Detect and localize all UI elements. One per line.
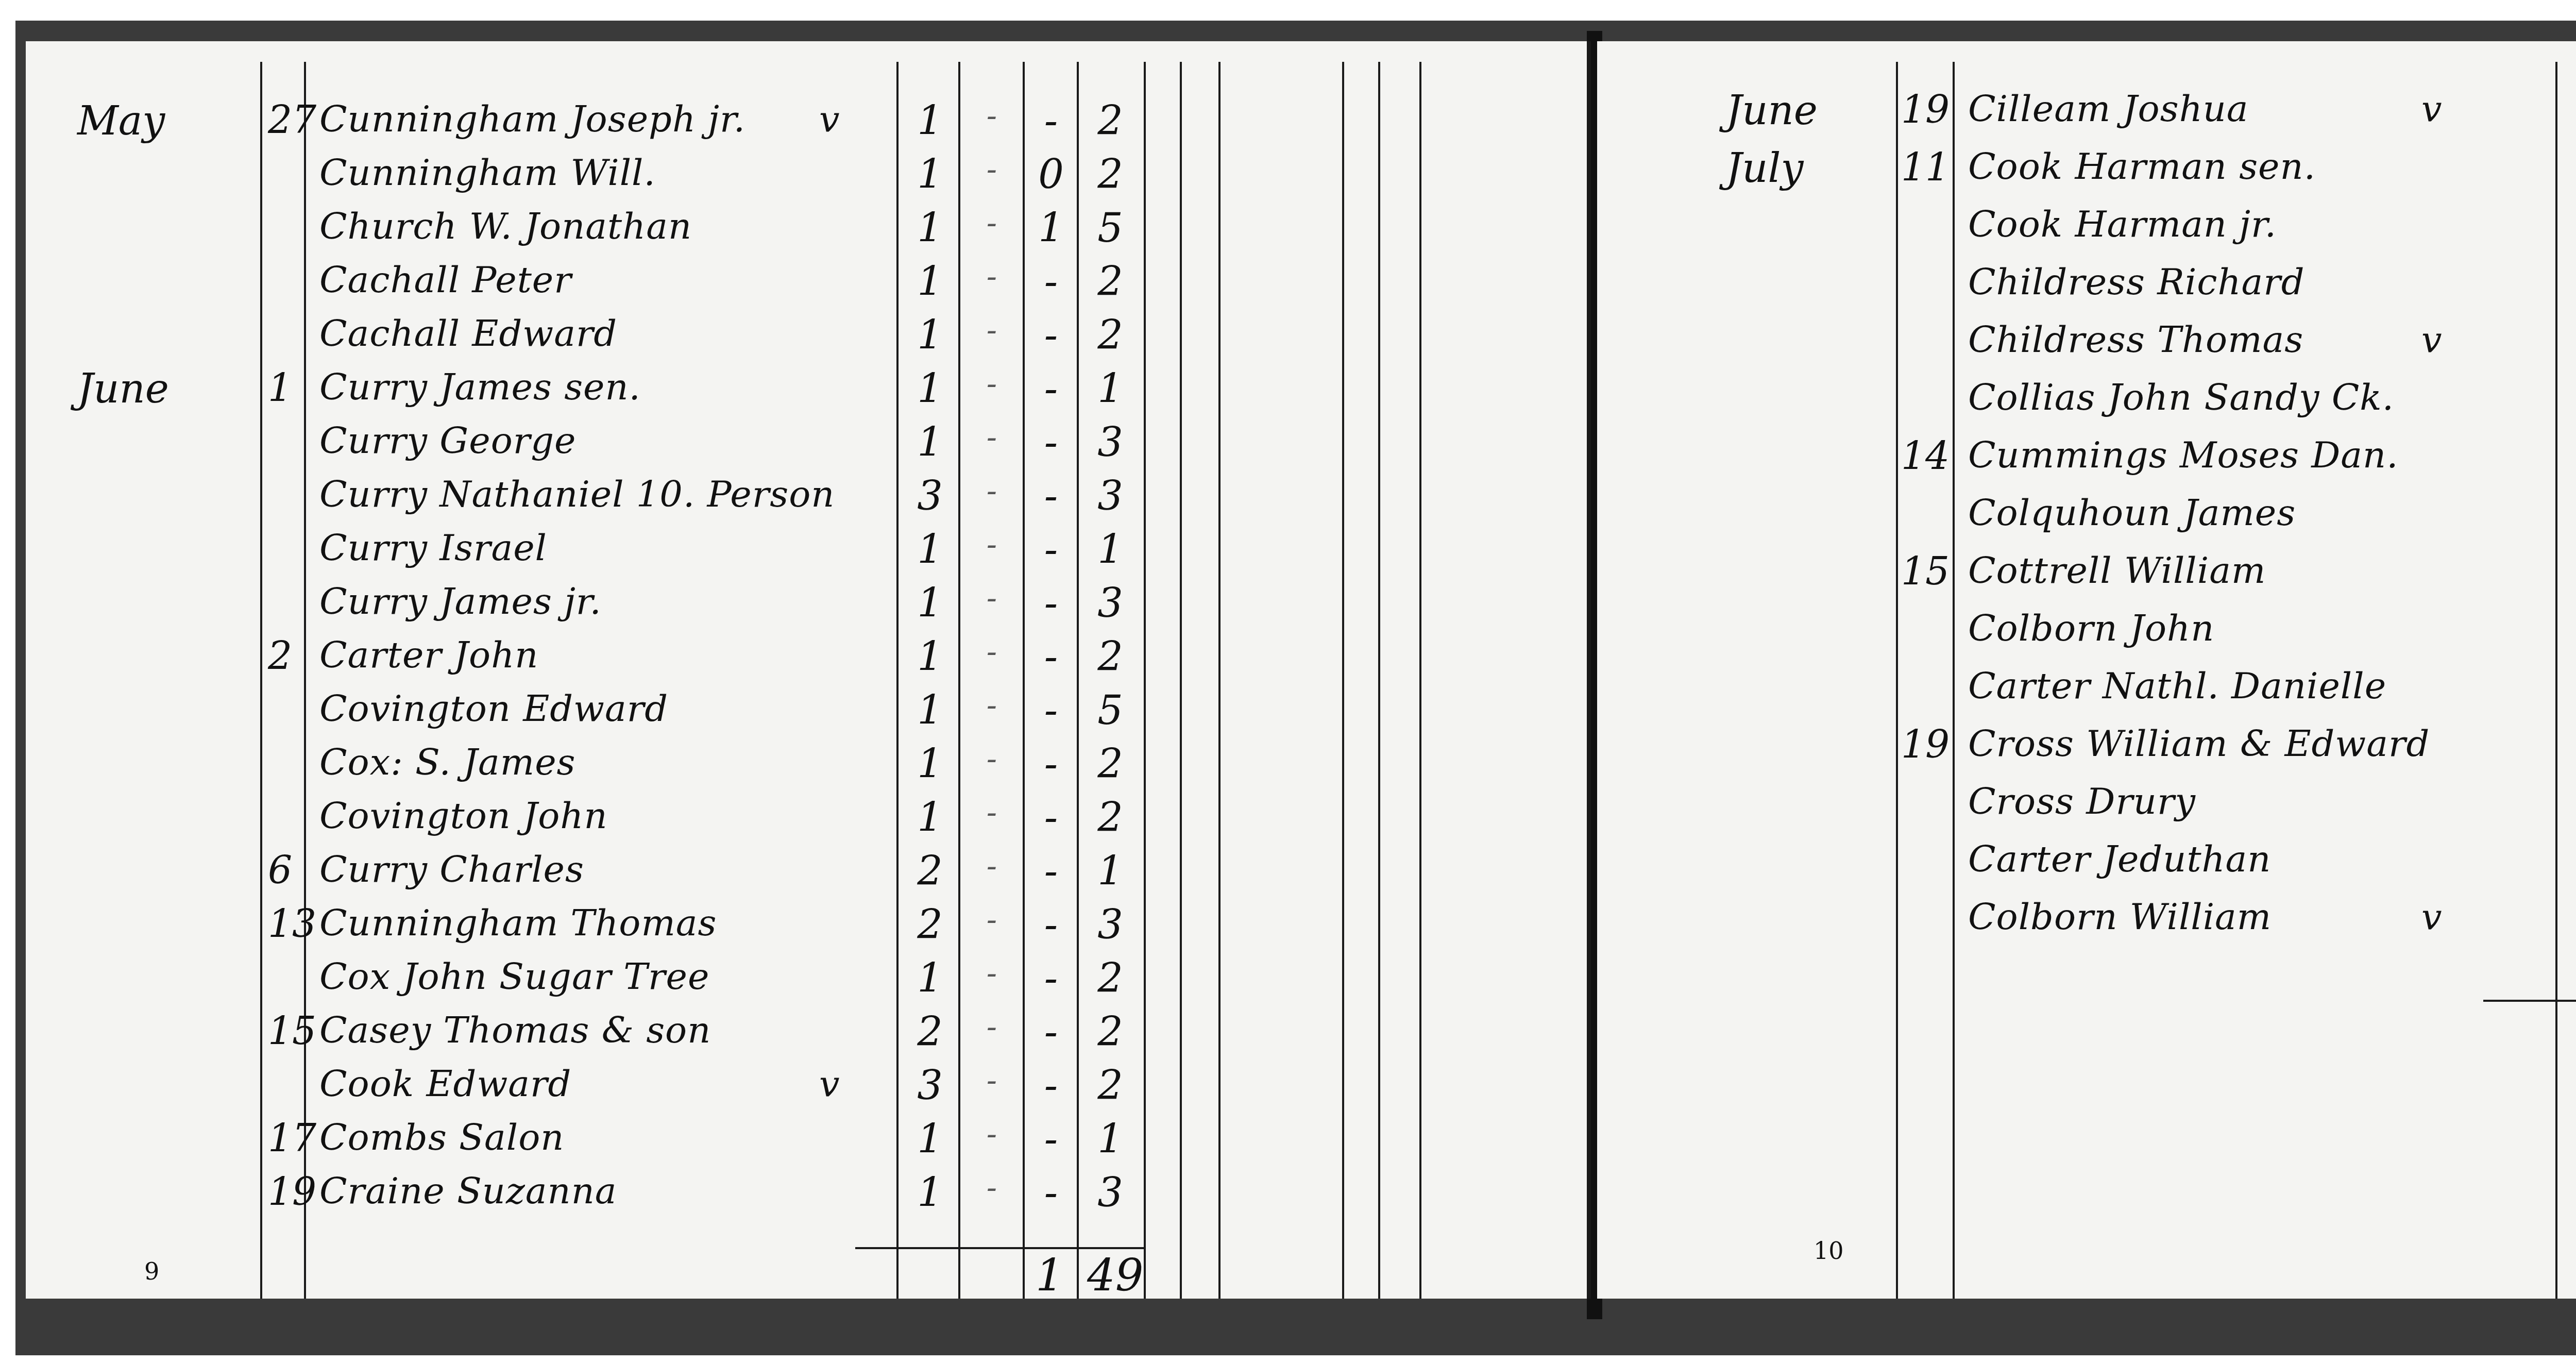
column-4-value: 2: [1087, 795, 1133, 841]
column-4-value: 2: [1087, 312, 1133, 359]
day-number: 19: [268, 1170, 316, 1214]
column-1-value: 1: [907, 634, 953, 680]
ledger-row: 6Curry Charles2--1: [26, 848, 1587, 900]
column-1-value: 2: [2566, 376, 2576, 423]
taxpayer-name: Collias John Sandy Ck.: [1968, 376, 2394, 418]
column-3-value: -: [1028, 580, 1074, 627]
column-4-value: 1: [1087, 1116, 1133, 1163]
taxpayer-name: Covington John: [319, 795, 608, 837]
ledger-row: 15Cottrell William3--11 2 0 12: [1597, 549, 2576, 601]
column-1-value: 2: [907, 1009, 953, 1055]
column-3-value: -: [1028, 366, 1074, 412]
taxpayer-name: Cilleam Joshua: [1968, 88, 2249, 130]
taxpayer-name: Cox John Sugar Tree: [319, 955, 709, 998]
column-3-value: -: [1028, 741, 1074, 787]
column-1-value: 2: [2566, 838, 2576, 884]
column-2-value: -: [969, 473, 1015, 509]
column-2-value: -: [969, 205, 1015, 241]
taxpayer-name: Cross William & Edward: [1968, 722, 2430, 765]
total-rule: [2483, 1000, 2576, 1002]
month-label: May: [77, 98, 165, 144]
column-2-value: -: [969, 955, 1015, 991]
column-1-value: 2: [2566, 722, 2576, 769]
column-2-value: -: [969, 98, 1015, 134]
ledger-row: Covington Edward1--5: [26, 687, 1587, 739]
taxpayer-name: Curry George: [319, 419, 577, 462]
column-2-value: -: [969, 259, 1015, 295]
ledger-row: Colborn Williamv1--1: [1597, 896, 2576, 947]
taxpayer-name: Cottrell William: [1968, 549, 2266, 592]
column-3-value: -: [1028, 795, 1074, 841]
taxpayer-name: Cachall Edward: [319, 312, 617, 355]
column-4-value: 2: [1087, 955, 1133, 1002]
taxpayer-name: Curry James jr.: [319, 580, 602, 623]
column-3-value: -: [1028, 955, 1074, 1002]
column-4-value: 3: [1087, 902, 1133, 948]
taxpayer-name: Carter Nathl. Danielle: [1968, 665, 2386, 707]
taxpayer-name: Curry Charles: [319, 848, 584, 890]
column-2-value: -: [969, 1063, 1015, 1099]
taxpayer-name: Combs Salon: [319, 1116, 564, 1158]
taxpayer-name: Childress Richard: [1968, 261, 2305, 303]
ledger-row: May27Cunningham Joseph jr.v1--2: [26, 98, 1587, 149]
taxpayer-name: Colborn John: [1968, 607, 2214, 649]
ledger-row: 17Combs Salon1--1: [26, 1116, 1587, 1168]
total-c4: 49: [1087, 1250, 1143, 1301]
column-2-value: -: [969, 795, 1015, 831]
check-mark: v: [2421, 88, 2443, 130]
ledger-row: Cross Drury1--1: [1597, 780, 2576, 832]
day-number: 1: [268, 366, 292, 410]
day-number: 14: [1901, 434, 1950, 478]
ledger-row: 19Craine Suzanna1--3: [26, 1170, 1587, 1221]
column-3-value: -: [1028, 634, 1074, 680]
taxpayer-name: Cook Edward: [319, 1063, 571, 1105]
column-1-value: 1: [907, 152, 953, 198]
column-1-value: 1: [2566, 434, 2576, 480]
check-mark: v: [819, 98, 840, 140]
taxpayer-name: Cunningham Will.: [319, 152, 656, 194]
ledger-row: 14Cummings Moses Dan.1---: [1597, 434, 2576, 485]
ledger-row: Childress Richard2--: [1597, 261, 2576, 312]
taxpayer-name: Cook Harman sen.: [1968, 145, 2316, 188]
column-4-value: 3: [1087, 473, 1133, 519]
column-1-value: 1: [907, 259, 953, 305]
column-1-value: 1: [907, 205, 953, 251]
folio-number: 10: [1814, 1237, 1844, 1265]
taxpayer-name: Cunningham Joseph jr.: [319, 98, 745, 140]
column-1-value: 3: [2566, 549, 2576, 596]
taxpayer-name: Carter Jeduthan: [1968, 838, 2271, 880]
column-2-value: -: [969, 848, 1015, 884]
column-2-value: -: [969, 1009, 1015, 1045]
column-4-value: 1: [1087, 366, 1133, 412]
total-c3: 1: [1036, 1250, 1064, 1301]
column-3-value: 1: [1028, 205, 1074, 251]
column-4-value: 2: [1087, 152, 1133, 198]
ledger-row: Cunningham Will.1-02: [26, 152, 1587, 203]
column-4-value: 3: [1087, 1170, 1133, 1216]
day-number: 13: [268, 902, 316, 946]
ledger-row: 13Cunningham Thomas2--3: [26, 902, 1587, 953]
taxpayer-name: Cummings Moses Dan.: [1968, 434, 2398, 476]
column-1-value: 1: [907, 1170, 953, 1216]
column-3-value: 0: [1028, 152, 1074, 198]
column-3-value: -: [1028, 687, 1074, 734]
column-4-value: 2: [1087, 741, 1133, 787]
column-3-value: -: [1028, 312, 1074, 359]
column-1-value: 1: [2566, 88, 2576, 134]
ledger-row: Cachall Peter1--2: [26, 259, 1587, 310]
ledger-row: Childress Thomasv1--1: [1597, 318, 2576, 370]
column-2-value: -: [969, 580, 1015, 616]
ledger-row: 19Cross William & Edward2--1: [1597, 722, 2576, 774]
column-2-value: -: [969, 634, 1015, 670]
taxpayer-name: Church W. Jonathan: [319, 205, 692, 247]
column-3-value: -: [1028, 848, 1074, 895]
column-2-value: -: [969, 152, 1015, 188]
column-1-value: 1: [907, 795, 953, 841]
ledger-row: Church W. Jonathan1-15: [26, 205, 1587, 257]
column-1-value: 1: [907, 955, 953, 1002]
column-3-value: -: [1028, 1116, 1074, 1163]
column-1-value: 1: [907, 419, 953, 466]
column-4-value: 2: [1087, 1009, 1133, 1055]
ledger-row: Curry George1--3: [26, 419, 1587, 471]
taxpayer-name: Curry Israel: [319, 527, 547, 569]
column-3-value: -: [1028, 902, 1074, 948]
column-4-value: 5: [1087, 687, 1133, 734]
ledger-row: Cox: S. James1--2: [26, 741, 1587, 793]
ledger-row: Curry James jr.1--3: [26, 580, 1587, 632]
taxpayer-name: Casey Thomas & son: [319, 1009, 711, 1051]
column-2-value: -: [969, 687, 1015, 724]
day-number: 27: [268, 98, 316, 142]
right-ledger-page: 1 7 29 1 0 13 10 June19Cilleam Joshuav1-…: [1597, 41, 2576, 1299]
column-1-value: 1: [2566, 203, 2576, 249]
column-4-value: 1: [1087, 527, 1133, 573]
column-2-value: -: [969, 902, 1015, 938]
month-label: June: [1726, 88, 1818, 134]
column-4-value: 2: [1087, 259, 1133, 305]
left-ledger-page: 1 49 9 May27Cunningham Joseph jr.v1--2Cu…: [26, 41, 1591, 1299]
column-1-value: 1: [907, 98, 953, 144]
column-4-value: 2: [1087, 98, 1133, 144]
column-3-value: -: [1028, 527, 1074, 573]
column-4-value: 5: [1087, 205, 1133, 251]
ledger-row: Cook Harman jr.1---: [1597, 203, 2576, 255]
ledger-row: Curry Nathaniel 10. Person3--3: [26, 473, 1587, 525]
column-4-value: 2: [1087, 634, 1133, 680]
column-1-value: 1: [2566, 607, 2576, 653]
column-1-value: 1: [907, 580, 953, 627]
day-number: 15: [268, 1009, 316, 1053]
column-1-value: 1: [907, 527, 953, 573]
column-2-value: -: [969, 312, 1015, 348]
taxpayer-name: Carter John: [319, 634, 538, 676]
ledger-row: Cook Edwardv3--2: [26, 1063, 1587, 1114]
column-4-value: 1: [1087, 848, 1133, 895]
column-2-value: -: [969, 1116, 1015, 1152]
ledger-row: Colquhoun James2133: [1597, 492, 2576, 543]
column-1-value: 1: [907, 687, 953, 734]
column-3-value: -: [1028, 98, 1074, 144]
ledger-row: Colborn John1--1: [1597, 607, 2576, 659]
column-2-value: -: [969, 366, 1015, 402]
taxpayer-name: Curry James sen.: [319, 366, 641, 408]
column-2-value: -: [969, 419, 1015, 456]
taxpayer-name: Childress Thomas: [1968, 318, 2303, 361]
column-3-value: -: [1028, 473, 1074, 519]
day-number: 6: [268, 848, 292, 893]
total-rule: [855, 1247, 1144, 1249]
taxpayer-name: Cross Drury: [1968, 780, 2196, 822]
column-1-value: 1: [2566, 896, 2576, 942]
day-number: 17: [268, 1116, 316, 1161]
column-4-value: 3: [1087, 580, 1133, 627]
ledger-row: June1Curry James sen.1--1: [26, 366, 1587, 417]
column-1-value: 2: [907, 902, 953, 948]
column-3-value: -: [1028, 1063, 1074, 1109]
taxpayer-name: Colquhoun James: [1968, 492, 2296, 534]
day-number: 19: [1901, 88, 1950, 132]
taxpayer-name: Covington Edward: [319, 687, 668, 730]
ledger-row: July11Cook Harman sen.2210: [1597, 145, 2576, 197]
taxpayer-name: Cunningham Thomas: [319, 902, 717, 944]
ledger-row: Collias John Sandy Ck.2--3: [1597, 376, 2576, 428]
column-3-value: -: [1028, 419, 1074, 466]
taxpayer-name: Cachall Peter: [319, 259, 572, 301]
column-1-value: 1: [907, 1116, 953, 1163]
column-1-value: 1: [2566, 780, 2576, 827]
column-1-value: 1: [907, 741, 953, 787]
column-4-value: 3: [1087, 419, 1133, 466]
column-1-value: 2: [2566, 145, 2576, 192]
day-number: 19: [1901, 722, 1950, 767]
day-number: 15: [1901, 549, 1950, 594]
day-number: 2: [268, 634, 292, 678]
taxpayer-name: Colborn William: [1968, 896, 2272, 938]
ledger-row: Curry Israel1--1: [26, 527, 1587, 578]
column-3-value: -: [1028, 1009, 1074, 1055]
taxpayer-name: Cook Harman jr.: [1968, 203, 2277, 245]
column-1-value: 1: [907, 366, 953, 412]
ledger-row: June19Cilleam Joshuav1--3: [1597, 88, 2576, 139]
ledger-row: Covington John1--2: [26, 795, 1587, 846]
column-1-value: 3: [907, 1063, 953, 1109]
taxpayer-name: Curry Nathaniel 10. Person: [319, 473, 835, 515]
ledger-row: 2Carter John1--2: [26, 634, 1587, 685]
column-1-value: 2: [2566, 261, 2576, 307]
column-2-value: -: [969, 1170, 1015, 1206]
ledger-row: Carter Jeduthan2-211: [1597, 838, 2576, 889]
column-1-value: 2: [907, 848, 953, 895]
ledger-row: Cox John Sugar Tree1--2: [26, 955, 1587, 1007]
taxpayer-name: Craine Suzanna: [319, 1170, 617, 1212]
check-mark: v: [819, 1063, 840, 1105]
column-1-value: 1: [907, 312, 953, 359]
folio-number: 9: [144, 1257, 159, 1285]
column-2-value: -: [969, 741, 1015, 777]
column-3-value: -: [1028, 259, 1074, 305]
column-1-value: 3: [907, 473, 953, 519]
check-mark: v: [2421, 318, 2443, 361]
column-3-value: -: [1028, 1170, 1074, 1216]
column-1-value: 1: [2566, 318, 2576, 365]
column-1-value: 1: [2566, 665, 2576, 711]
ledger-row: 15Casey Thomas & son2--2: [26, 1009, 1587, 1061]
column-4-value: 2: [1087, 1063, 1133, 1109]
day-number: 11: [1901, 145, 1950, 190]
column-1-value: 2: [2566, 492, 2576, 538]
ledger-row: Carter Nathl. Danielle1---: [1597, 665, 2576, 716]
ledger-row: Cachall Edward1--2: [26, 312, 1587, 364]
column-2-value: -: [969, 527, 1015, 563]
month-label: July: [1726, 145, 1804, 192]
taxpayer-name: Cox: S. James: [319, 741, 576, 783]
month-label: June: [77, 366, 169, 412]
check-mark: v: [2421, 896, 2443, 938]
